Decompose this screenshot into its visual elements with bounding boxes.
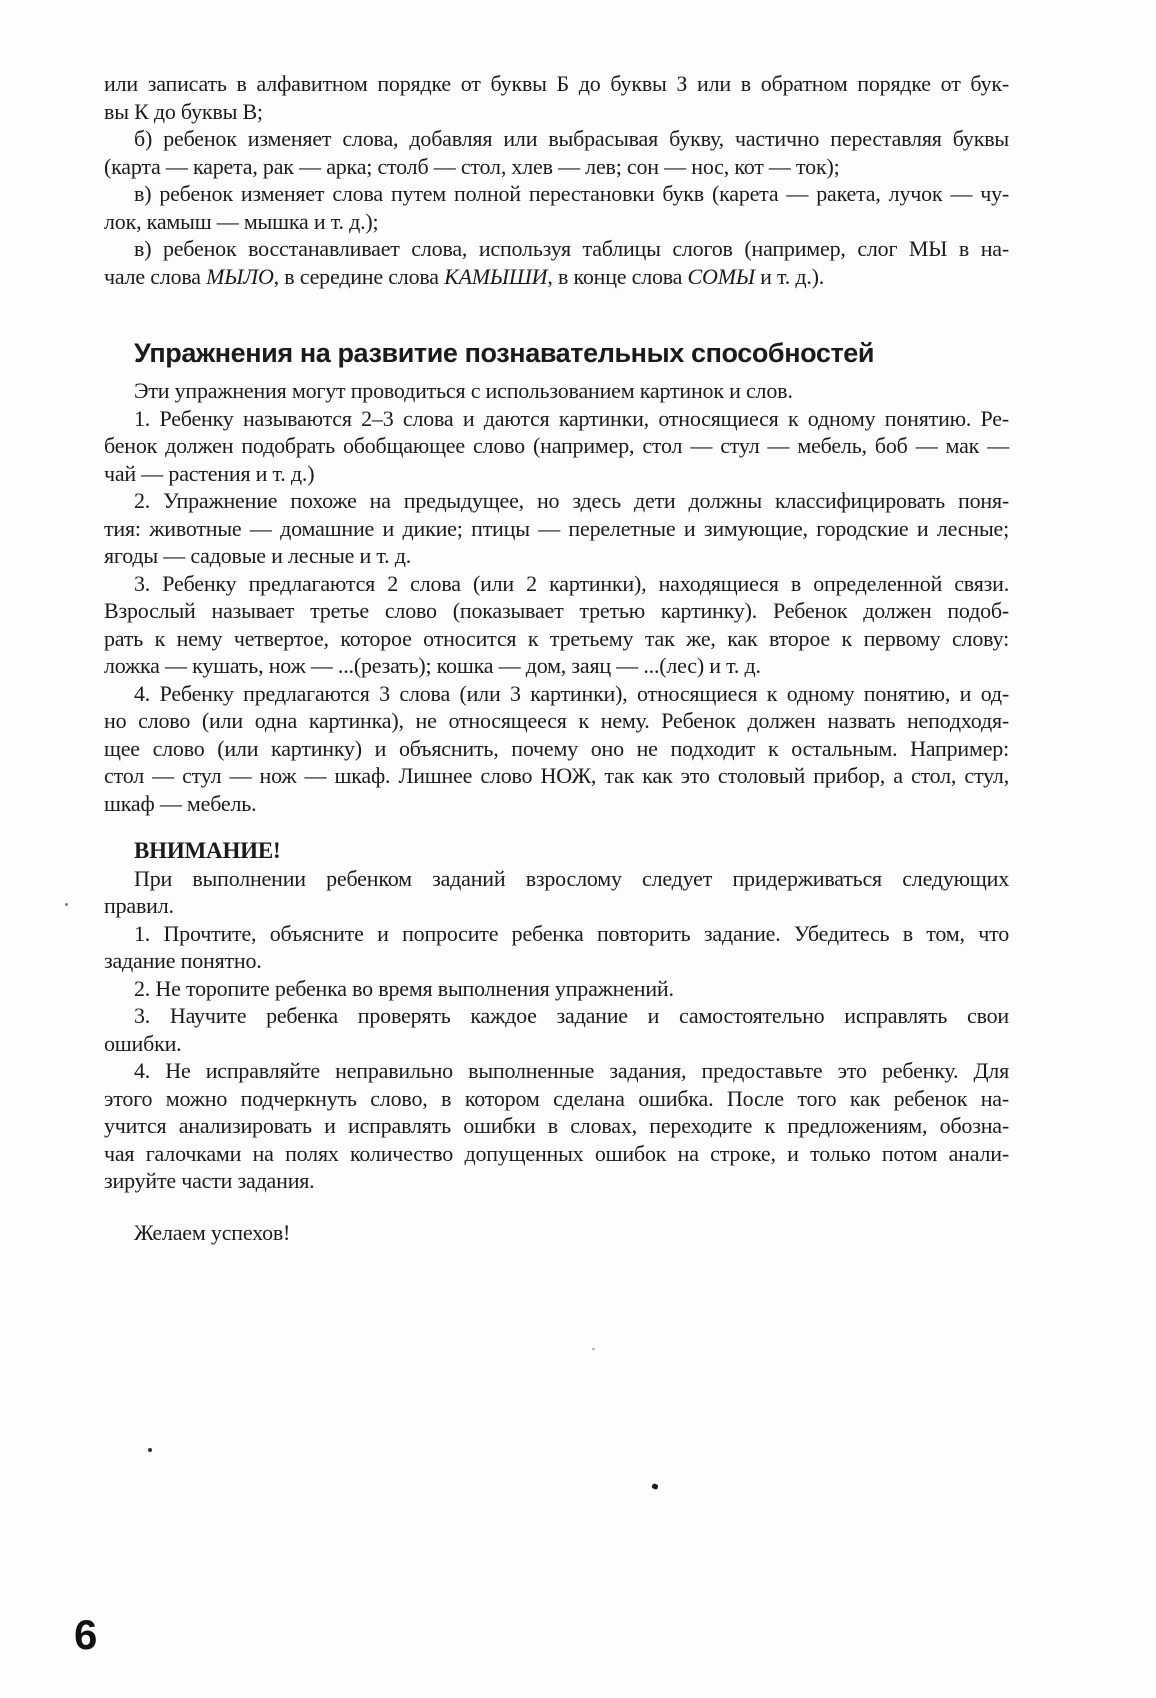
- text-line: шкаф — мебель.: [104, 790, 1009, 818]
- paragraph: 1. Ребенку называются 2–3 слова и даются…: [104, 405, 1009, 488]
- section-heading: Упражнения на развитие познавательных сп…: [134, 336, 1009, 370]
- scan-speck: [651, 1483, 658, 1490]
- text-line: 3. Ребенку предлагаются 2 слова (или 2 к…: [104, 570, 1009, 598]
- paragraph: 2. Упражнение похоже на предыдущее, но з…: [104, 487, 1009, 570]
- text-line: 1. Прочтите, объясните и попросите ребен…: [104, 920, 1009, 948]
- text-line: стол — стул — нож — шкаф. Лишнее слово Н…: [104, 762, 1009, 790]
- text-line: (карта — карета, рак — арка; столб — сто…: [104, 153, 1009, 181]
- text-line: ошибки.: [104, 1030, 1009, 1058]
- text-line: 4. Ребенку предлагаются 3 слова (или 3 к…: [104, 680, 1009, 708]
- paragraph: 1. Прочтите, объясните и попросите ребен…: [104, 920, 1009, 975]
- paragraph: в) ребенок изменяет слова путем полной п…: [104, 180, 1009, 235]
- paragraph: 3. Научите ребенка проверять каждое зада…: [104, 1002, 1009, 1057]
- text-line: вы К до буквы В;: [104, 98, 1009, 126]
- text-line: или записать в алфавитном порядке от бук…: [104, 70, 1009, 98]
- book-page: или записать в алфавитном порядке от бук…: [0, 0, 1156, 1698]
- page-text: или записать в алфавитном порядке от бук…: [104, 70, 1009, 1246]
- scan-speck: [148, 1448, 152, 1452]
- paragraph: 3. Ребенку предлагаются 2 слова (или 2 к…: [104, 570, 1009, 680]
- paragraph: б) ребенок изменяет слова, добавляя или …: [104, 125, 1009, 180]
- text-line: 2. Упражнение похоже на предыдущее, но з…: [104, 487, 1009, 515]
- text-run: и т. д.).: [755, 264, 824, 289]
- text-line: При выполнении ребенком заданий взрослом…: [104, 865, 1009, 893]
- text-line: учится анализировать и исправлять ошибки…: [104, 1112, 1009, 1140]
- page-number: 6: [74, 1614, 97, 1656]
- text-line: зируйте части задания.: [104, 1167, 1009, 1195]
- text-line: ложка — кушать, нож — ...(резать); кошка…: [104, 652, 1009, 680]
- text-line: рать к нему четвертое, которое относится…: [104, 625, 1009, 653]
- paragraph: в) ребенок восстанавливает слова, исполь…: [104, 235, 1009, 290]
- text-line: но слово (или одна картинка), не относящ…: [104, 707, 1009, 735]
- paragraph: 4. Ребенку предлагаются 3 слова (или 3 к…: [104, 680, 1009, 818]
- text-line: чале слова МЫЛО, в середине слова КАМЫШИ…: [104, 263, 1009, 291]
- text-run: , в середине слова: [274, 264, 444, 289]
- text-line: ягоды — садовые и лесные и т. д.: [104, 542, 1009, 570]
- text-line: в) ребенок изменяет слова путем полной п…: [104, 180, 1009, 208]
- text-line: щее слово (или картинку) и объяснить, по…: [104, 735, 1009, 763]
- paragraph: Эти упражнения могут проводиться с испол…: [104, 377, 1009, 405]
- paragraph: или записать в алфавитном порядке от бук…: [104, 70, 1009, 125]
- text-line: 4. Не исправляйте неправильно выполненны…: [104, 1057, 1009, 1085]
- text-line: чая галочками на полях количество допуще…: [104, 1140, 1009, 1168]
- text-line: б) ребенок изменяет слова, добавляя или …: [104, 125, 1009, 153]
- text-line: Желаем успехов!: [104, 1219, 1009, 1247]
- paragraph: При выполнении ребенком заданий взрослом…: [104, 865, 1009, 920]
- text-line: 1. Ребенку называются 2–3 слова и даются…: [104, 405, 1009, 433]
- scan-speck: [592, 1348, 595, 1350]
- text-line: этого можно подчеркнуть слово, в котором…: [104, 1085, 1009, 1113]
- italic-run: МЫЛО: [206, 264, 274, 289]
- text-line: бенок должен подобрать обобщающее слово …: [104, 432, 1009, 460]
- paragraph: 2. Не торопите ребенка во время выполнен…: [104, 975, 1009, 1003]
- closing-phrase: Желаем успехов!: [104, 1219, 1009, 1247]
- scan-speck: [65, 903, 68, 906]
- italic-run: СОМЫ: [688, 264, 755, 289]
- text-run: чале слова: [104, 264, 206, 289]
- attention-heading: ВНИМАНИЕ!: [134, 837, 1009, 865]
- text-line: Взрослый называет третье слово (показыва…: [104, 597, 1009, 625]
- italic-run: КАМЫШИ: [444, 264, 547, 289]
- text-line: задание понятно.: [104, 947, 1009, 975]
- text-line: лок, камыш — мышка и т. д.);: [104, 208, 1009, 236]
- text-line: Эти упражнения могут проводиться с испол…: [104, 377, 1009, 405]
- text-line: тия: животные — домашние и дикие; птицы …: [104, 515, 1009, 543]
- paragraph: 4. Не исправляйте неправильно выполненны…: [104, 1057, 1009, 1195]
- text-line: 2. Не торопите ребенка во время выполнен…: [104, 975, 1009, 1003]
- text-run: , в конце слова: [547, 264, 687, 289]
- text-line: правил.: [104, 892, 1009, 920]
- text-line: 3. Научите ребенка проверять каждое зада…: [104, 1002, 1009, 1030]
- text-line: в) ребенок восстанавливает слова, исполь…: [104, 235, 1009, 263]
- text-line: чай — растения и т. д.): [104, 460, 1009, 488]
